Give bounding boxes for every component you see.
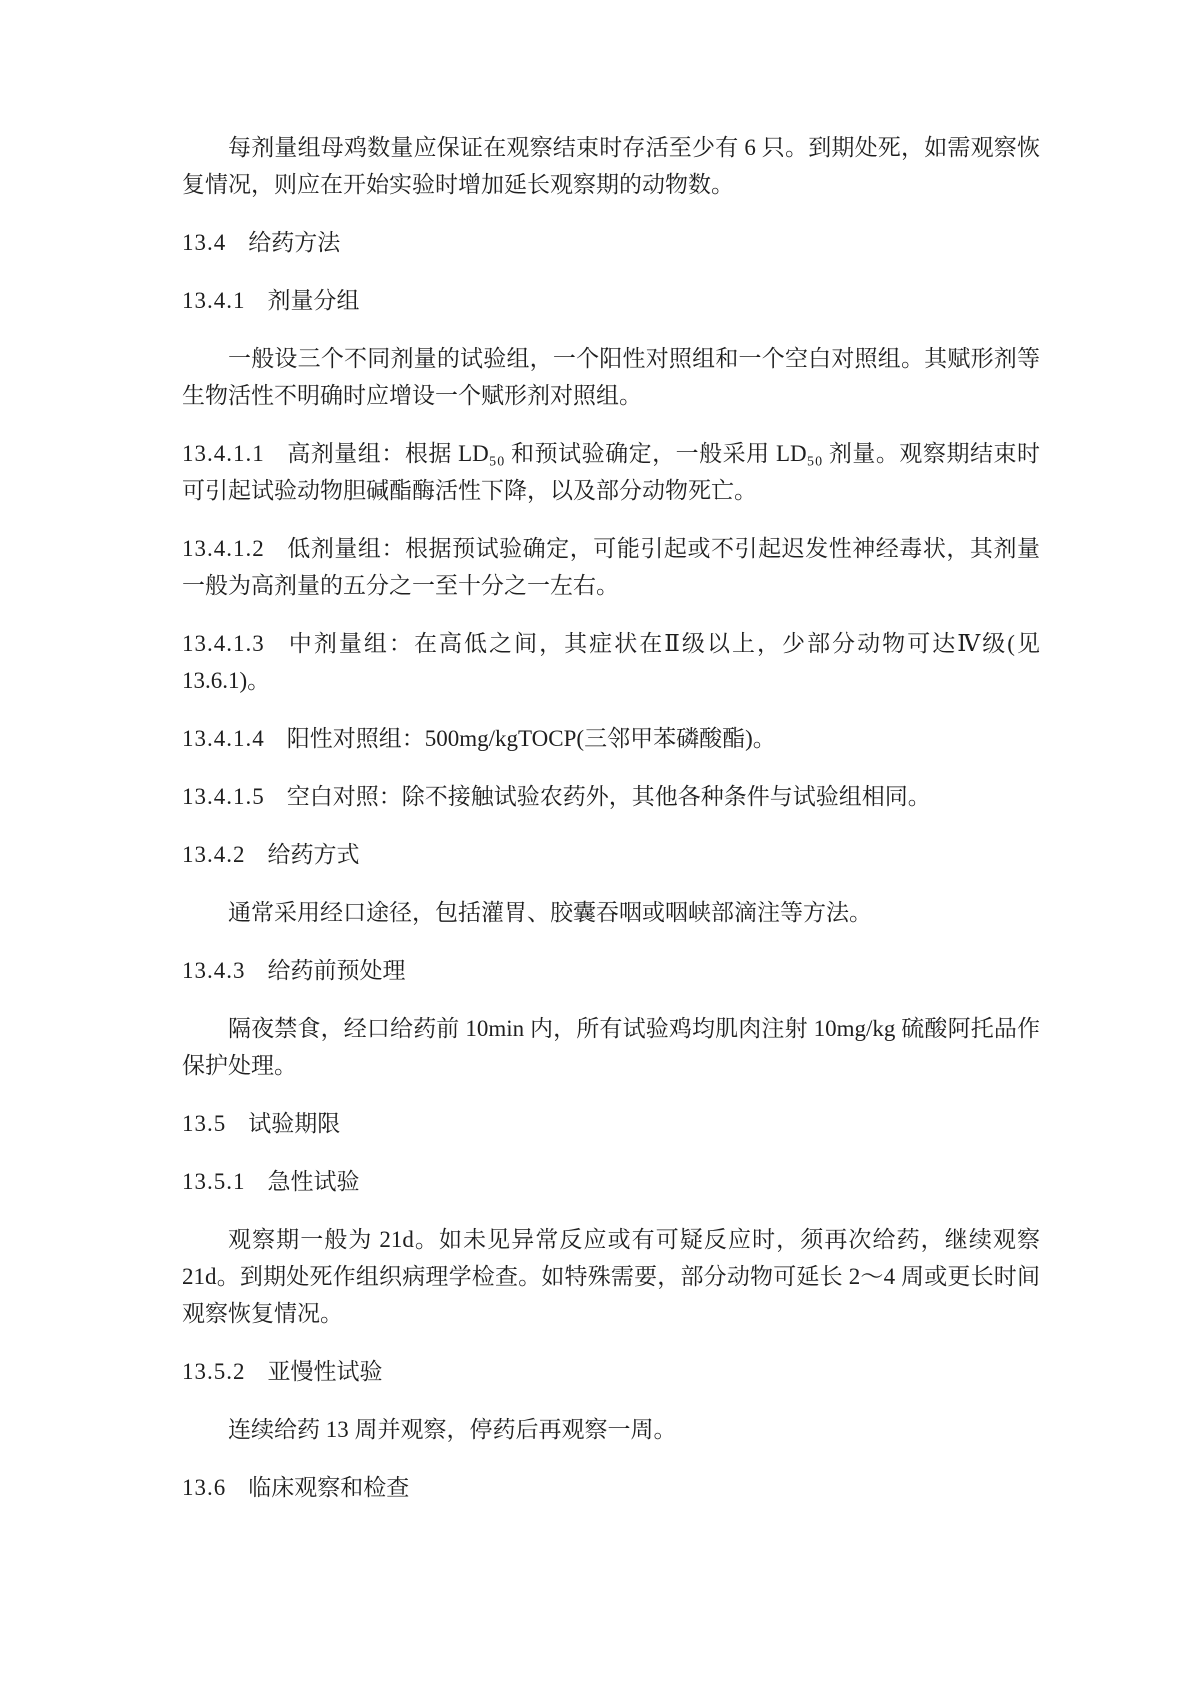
item-text: 中剂量组：在高低之间，其症状在Ⅱ级以上，少部分动物可达Ⅳ级(见13.6.1)。 xyxy=(182,631,1040,693)
section-title: 给药方式 xyxy=(268,842,360,867)
item-number: 13.4.1.4 xyxy=(182,726,265,751)
section-number: 13.5.1 xyxy=(182,1169,246,1194)
item-13-4-1-5-blank-control: 13.4.1.5空白对照：除不接触试验农药外，其他各种条件与试验组相同。 xyxy=(182,778,1040,815)
item-number: 13.4.1.3 xyxy=(182,631,265,656)
item-13-4-1-4-positive-control: 13.4.1.4阳性对照组：500mg/kgTOCP(三邻甲苯磷酸酯)。 xyxy=(182,720,1040,757)
section-title: 急性试验 xyxy=(268,1169,360,1194)
item-13-4-1-2-low-dose: 13.4.1.2低剂量组：根据预试验确定，可能引起或不引起迟发性神经毒状，其剂量… xyxy=(182,530,1040,604)
item-13-4-1-3-mid-dose: 13.4.1.3中剂量组：在高低之间，其症状在Ⅱ级以上，少部分动物可达Ⅳ级(见1… xyxy=(182,625,1040,699)
heading-13-4-2-administration-route: 13.4.2给药方式 xyxy=(182,836,1040,873)
section-title: 给药方法 xyxy=(248,230,340,255)
item-13-4-1-1-high-dose: 13.4.1.1高剂量组：根据 LD₅₀ 和预试验确定，一般采用 LD₅₀ 剂量… xyxy=(182,435,1040,509)
item-number: 13.4.1.5 xyxy=(182,784,265,809)
paragraph-dose-groups: 一般设三个不同剂量的试验组，一个阳性对照组和一个空白对照组。其赋形剂等生物活性不… xyxy=(182,340,1040,414)
heading-13-6-clinical-observation: 13.6临床观察和检查 xyxy=(182,1469,1040,1506)
paragraph-subchronic-test: 连续给药 13 周并观察，停药后再观察一周。 xyxy=(182,1411,1040,1448)
section-number: 13.4 xyxy=(182,230,226,255)
paragraph-acute-test: 观察期一般为 21d。如未见异常反应或有可疑反应时，须再次给药，继续观察 21d… xyxy=(182,1221,1040,1332)
section-title: 给药前预处理 xyxy=(268,958,406,983)
paragraph-hen-count: 每剂量组母鸡数量应保证在观察结束时存活至少有 6 只。到期处死，如需观察恢复情况… xyxy=(182,129,1040,203)
section-title: 临床观察和检查 xyxy=(248,1475,409,1500)
item-text: 空白对照：除不接触试验农药外，其他各种条件与试验组相同。 xyxy=(287,784,931,809)
paragraph-administration-route: 通常采用经口途径，包括灌胃、胶囊吞咽或咽峡部滴注等方法。 xyxy=(182,894,1040,931)
section-number: 13.6 xyxy=(182,1475,226,1500)
section-title: 亚慢性试验 xyxy=(268,1359,383,1384)
item-number: 13.4.1.1 xyxy=(182,441,265,466)
paragraph-pretreatment: 隔夜禁食，经口给药前 10min 内，所有试验鸡均肌肉注射 10mg/kg 硫酸… xyxy=(182,1010,1040,1084)
section-title: 试验期限 xyxy=(248,1111,340,1136)
section-number: 13.5.2 xyxy=(182,1359,246,1384)
section-number: 13.4.3 xyxy=(182,958,246,983)
heading-13-5-test-duration: 13.5试验期限 xyxy=(182,1105,1040,1142)
section-number: 13.4.1 xyxy=(182,288,246,313)
section-title: 剂量分组 xyxy=(268,288,360,313)
item-number: 13.4.1.2 xyxy=(182,536,265,561)
section-number: 13.5 xyxy=(182,1111,226,1136)
document-page: 每剂量组母鸡数量应保证在观察结束时存活至少有 6 只。到期处死，如需观察恢复情况… xyxy=(0,0,1200,1696)
item-text: 低剂量组：根据预试验确定，可能引起或不引起迟发性神经毒状，其剂量一般为高剂量的五… xyxy=(182,536,1040,598)
heading-13-4-dosing-method: 13.4给药方法 xyxy=(182,224,1040,261)
heading-13-5-1-acute-test: 13.5.1急性试验 xyxy=(182,1163,1040,1200)
heading-13-5-2-subchronic-test: 13.5.2亚慢性试验 xyxy=(182,1353,1040,1390)
section-number: 13.4.2 xyxy=(182,842,246,867)
item-text: 阳性对照组：500mg/kgTOCP(三邻甲苯磷酸酯)。 xyxy=(287,726,776,751)
heading-13-4-3-pretreatment: 13.4.3给药前预处理 xyxy=(182,952,1040,989)
item-text: 高剂量组：根据 LD₅₀ 和预试验确定，一般采用 LD₅₀ 剂量。观察期结束时可… xyxy=(182,441,1040,503)
heading-13-4-1-dose-grouping: 13.4.1剂量分组 xyxy=(182,282,1040,319)
